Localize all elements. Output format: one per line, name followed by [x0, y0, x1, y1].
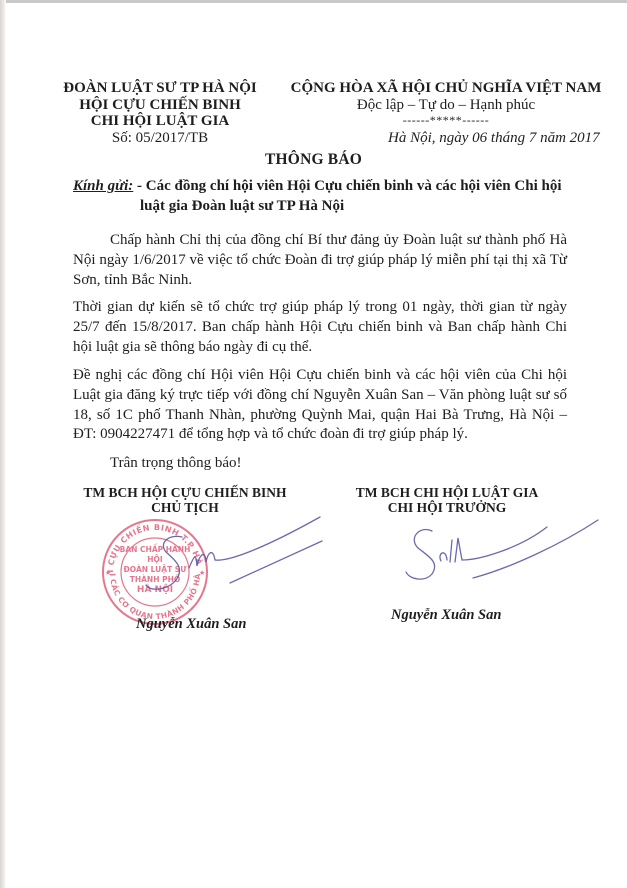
official-stamp: HỘI CỰU CHIẾN BINH T.P HÀ NỘI KHỐI CÁC C… — [0, 0, 207, 624]
stamp-outer-top-text: HỘI CỰU CHIẾN BINH T.P HÀ NỘI — [0, 0, 205, 573]
svg-text:BAN CHẤP HÀNH: BAN CHẤP HÀNH — [120, 544, 191, 554]
svg-text:HỘI: HỘI — [147, 555, 163, 564]
stamp-and-signatures: HỘI CỰU CHIẾN BINH T.P HÀ NỘI KHỐI CÁC C… — [0, 0, 627, 888]
svg-text:HỘI CỰU CHIẾN BINH T.P HÀ NỘI: HỘI CỰU CHIẾN BINH T.P HÀ NỘI — [0, 0, 205, 573]
signature-right — [406, 520, 598, 579]
stamp-star-right: ★ — [199, 569, 205, 577]
svg-text:ĐOÀN LUẬT SƯ: ĐOÀN LUẬT SƯ — [124, 565, 188, 574]
stamp-star-left: ★ — [105, 569, 111, 577]
signer-name-right: Nguyễn Xuân San — [391, 607, 501, 624]
signer-name-left: Nguyễn Xuân San — [136, 616, 246, 633]
svg-text:THÀNH PHỐ: THÀNH PHỐ — [130, 574, 181, 584]
